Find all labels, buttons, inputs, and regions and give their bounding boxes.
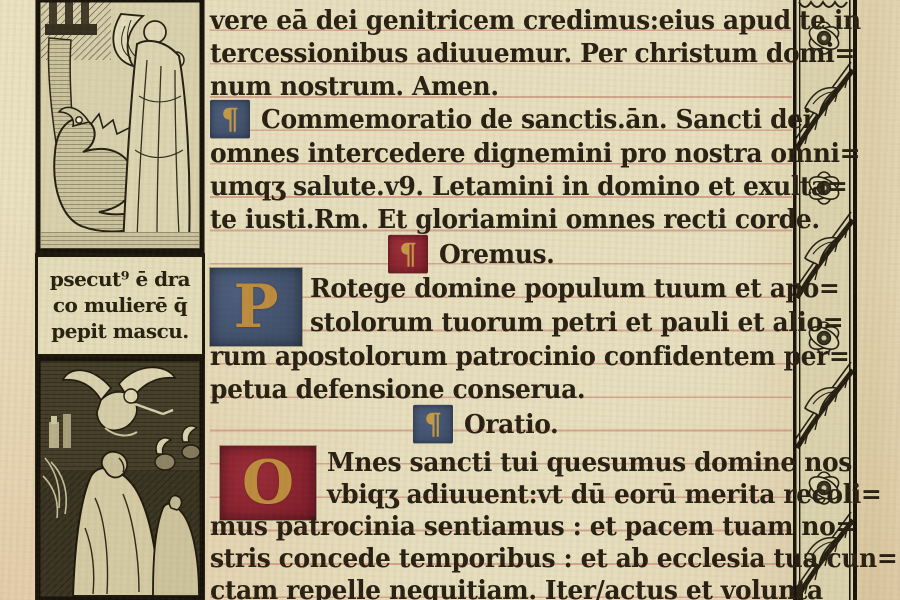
text-line-16: mus patrocinia sentiamus : et pacem tuam…	[210, 509, 856, 543]
text-line-7: te iusti.Rm. Et gloriamini omnes recti c…	[210, 202, 820, 236]
text-line-17: stris concede temporibus : et ab ecclesi…	[210, 541, 897, 575]
text-line-4: ¶ Commemoratio de sanctis.ān. Sancti dei	[210, 102, 812, 138]
illuminated-initial-p: P	[210, 268, 302, 346]
text-line-12: petua defensione conserua.	[210, 372, 585, 406]
text-line-2: tercessionibus adiuuemur. Per christum d…	[210, 36, 855, 70]
text-line-18: ctam repelle nequitiam. Iter/actus et vo…	[210, 573, 823, 600]
text-line-1: vere eā dei genitricem credimus:eius apu…	[210, 3, 861, 37]
rubric-oratio: ¶ Oratio.	[413, 407, 558, 443]
text-line-6: umqʒ salute.v9. Letamini in domino et ex…	[210, 169, 847, 203]
text-line-15: vbiqʒ adiuuent:vt dū eorū merita recoli=	[327, 477, 881, 511]
text-line-14: Mnes sancti tui quesumus domine nos	[327, 445, 852, 479]
paraph-mark-blue: ¶	[413, 405, 453, 443]
text-line-4-text: Commemoratio de sanctis.ān. Sancti dei	[261, 102, 812, 136]
margin-note: psecut⁹ ē dra co mulierē q̄ pepit mascu.	[35, 253, 205, 358]
text-line-11: rum apostolorum patrocinio confidentem p…	[210, 339, 849, 373]
text-line-9: Rotege domine populum tuum et apo=	[310, 271, 839, 305]
paraph-mark-blue: ¶	[210, 100, 250, 138]
left-woodcut-column: psecut⁹ ē dra co mulierē q̄ pepit mascu.	[35, 0, 205, 600]
rubric-oratio-text: Oratio.	[464, 407, 558, 441]
text-line-5: omnes intercedere dignemini pro nostra o…	[210, 136, 860, 170]
text-column: vere eā dei genitricem credimus:eius apu…	[210, 0, 792, 600]
margin-note-line: co mulierē q̄	[53, 293, 187, 318]
woodcut-dragon-and-woman	[35, 0, 205, 253]
margin-note-line: pepit mascu.	[51, 319, 189, 344]
rubric-oremus: ¶ Oremus.	[388, 237, 554, 273]
woodcut-angel-and-kneeling-figures	[35, 358, 205, 600]
margin-note-line: psecut⁹ ē dra	[50, 267, 190, 292]
rubric-oremus-text: Oremus.	[439, 237, 554, 271]
text-line-3: num nostrum. Amen.	[210, 69, 499, 103]
paraph-mark-red: ¶	[388, 235, 428, 273]
text-line-10: stolorum tuorum petri et pauli et alio=	[310, 305, 843, 339]
